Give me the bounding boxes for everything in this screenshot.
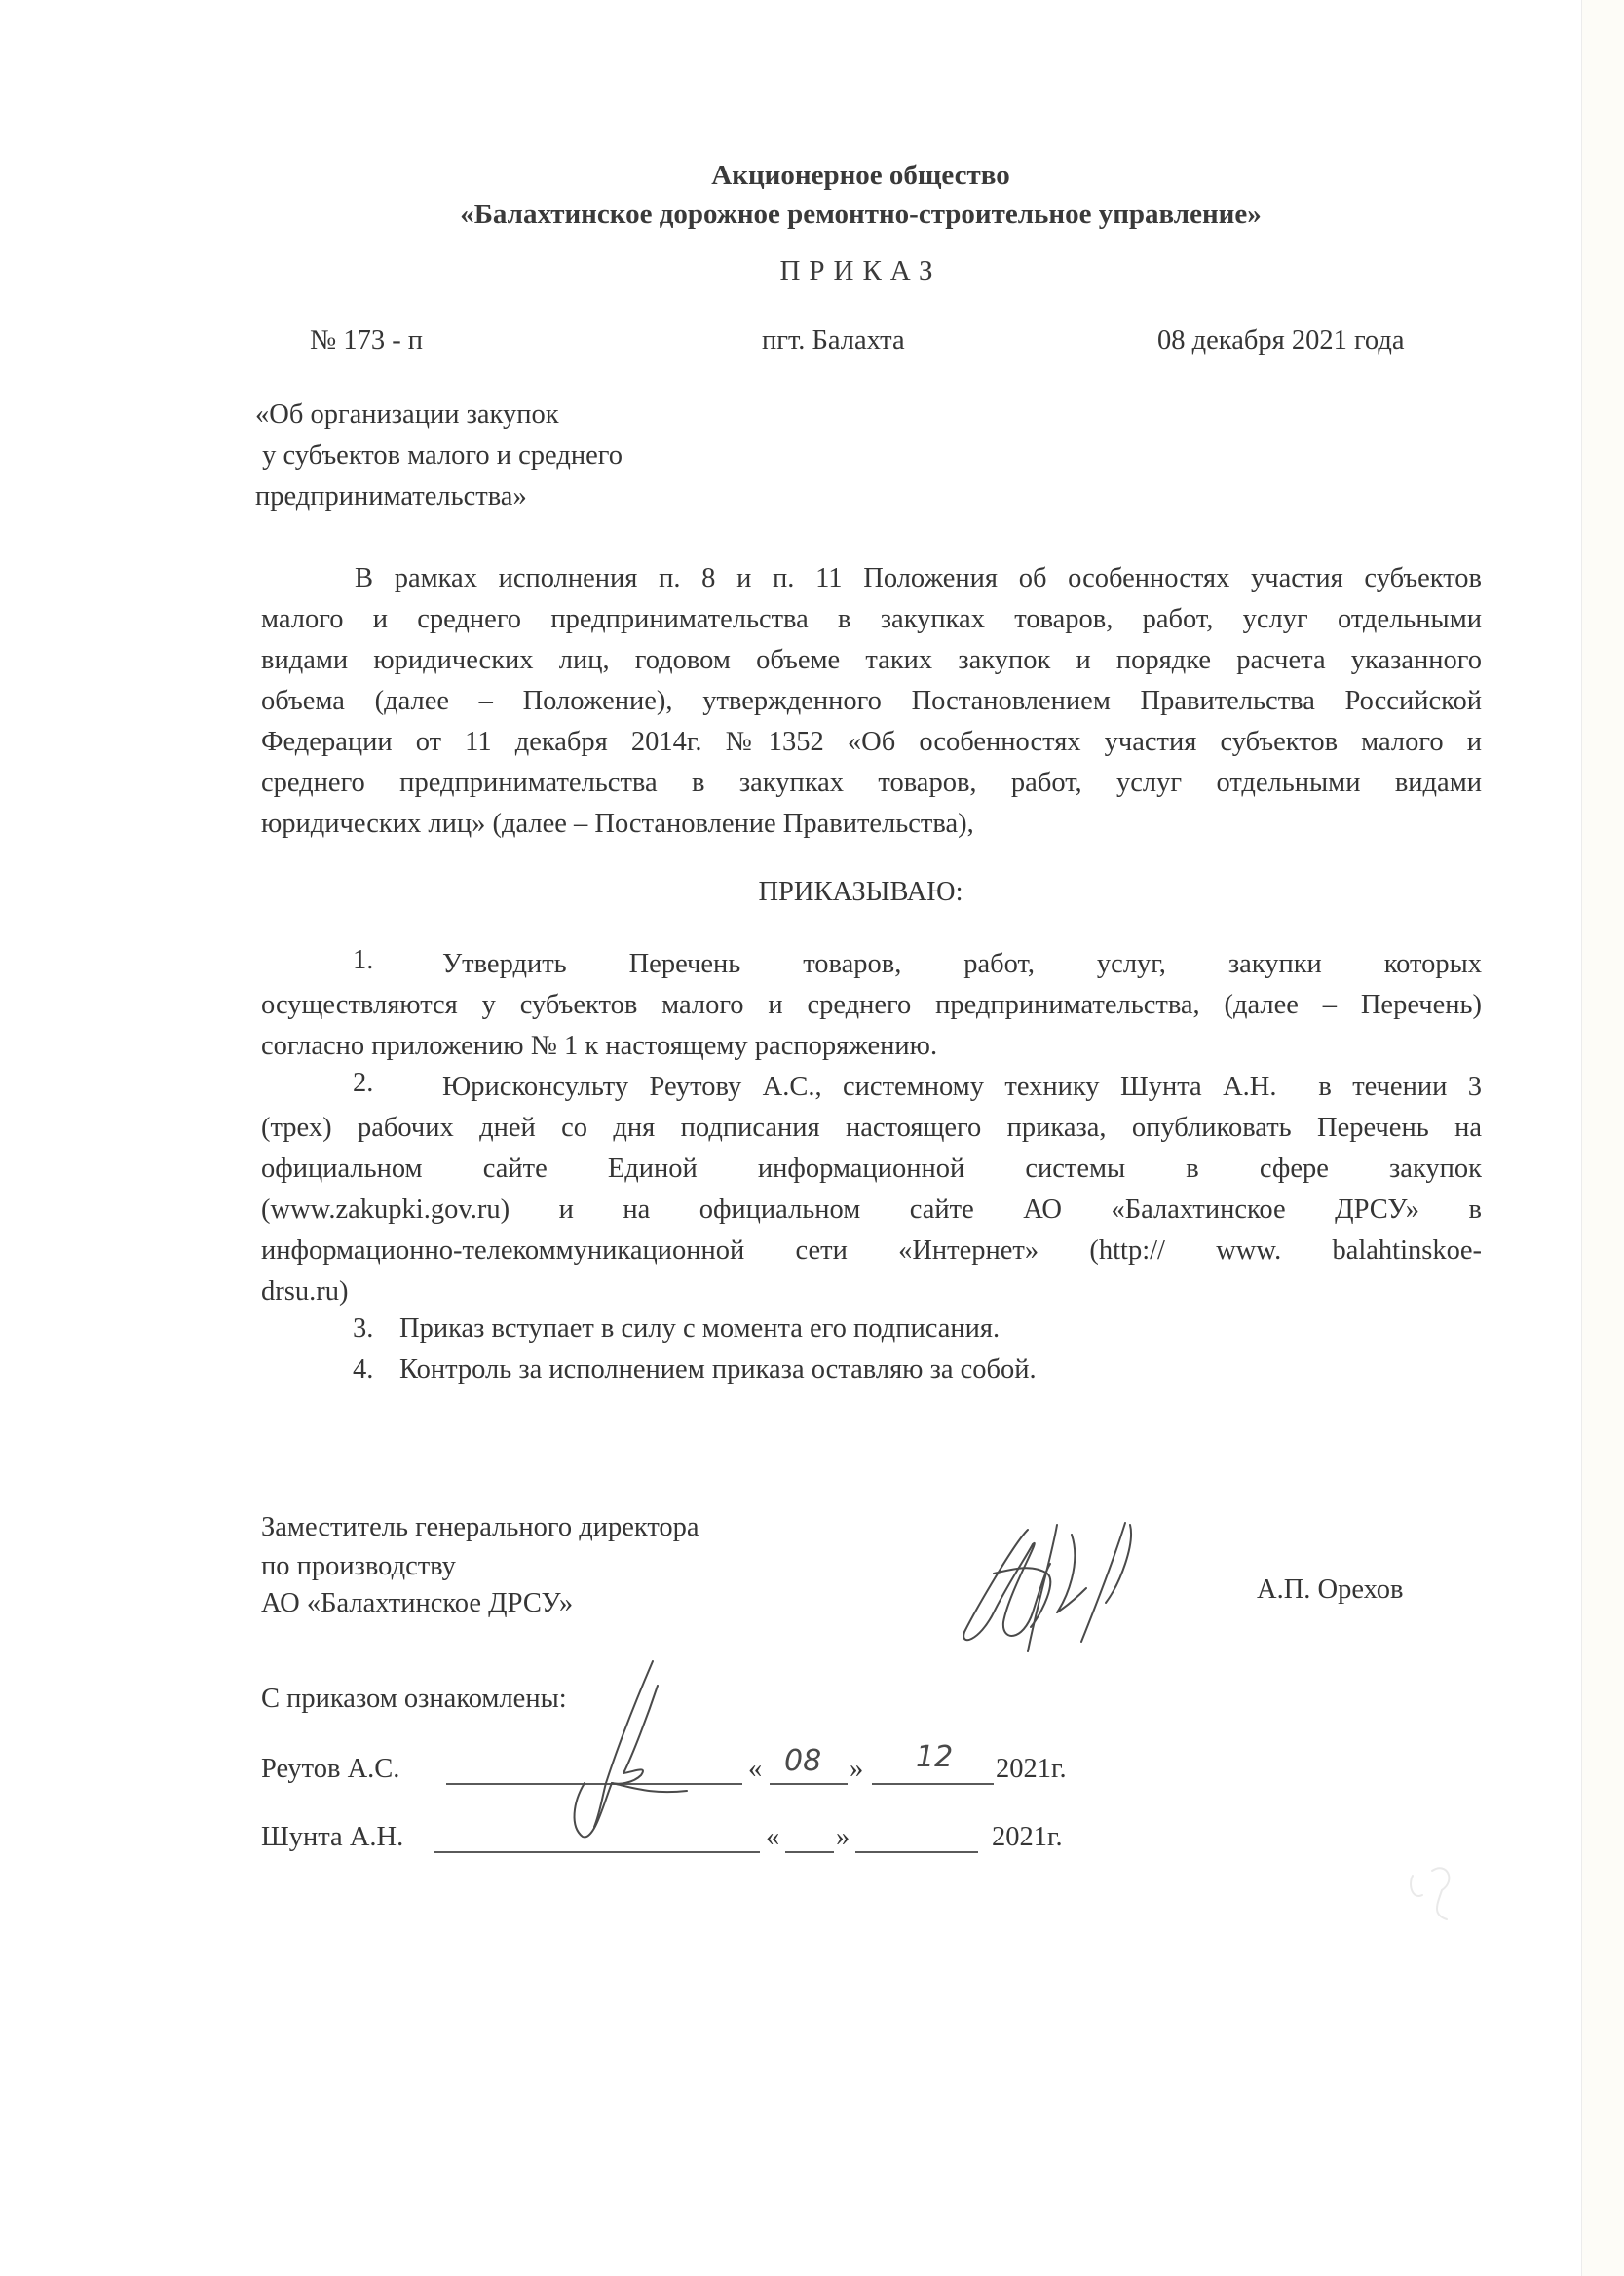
item-line: официальном сайте Единой информационной …: [261, 1150, 1482, 1189]
signature-line: [434, 1851, 760, 1853]
handwritten-day: 08: [784, 1744, 821, 1778]
item-number: 4.: [353, 1354, 373, 1385]
day-line: [770, 1783, 848, 1785]
order-place: пгт. Балахта: [762, 325, 905, 357]
director-signature: [935, 1505, 1227, 1661]
item-line: согласно приложению № 1 к настоящему рас…: [261, 1027, 1482, 1066]
org-name-line1: Акционерное общество: [0, 156, 1624, 195]
item-line: (www.zakupki.gov.ru) и на официальном са…: [261, 1191, 1482, 1230]
acknowledger-name: Реутов А.С.: [261, 1754, 399, 1785]
bleed-through-mark: [1403, 1856, 1471, 1934]
item-line: информационно-телекоммуникационной сети …: [261, 1232, 1482, 1271]
scan-margin: [1582, 0, 1624, 2276]
acknowledgement-label: С приказом ознакомлены:: [261, 1684, 567, 1715]
document-title: ПРИКАЗ: [0, 255, 1624, 287]
acknowledger-name: Шунта А.Н.: [261, 1822, 403, 1853]
item-line: drsu.ru): [261, 1272, 1482, 1311]
order-number: № 173 - п: [310, 325, 423, 357]
subject-line: предпринимательства»: [255, 481, 527, 512]
year: 2021г.: [992, 1822, 1063, 1853]
date-quote-open: «: [766, 1822, 779, 1853]
item-number: 1.: [353, 945, 373, 976]
item-line: Утвердить Перечень товаров, работ, услуг…: [442, 945, 1482, 984]
signatory-position: Заместитель генерального директора: [261, 1512, 699, 1543]
preamble-line: малого и среднего предпринимательства в …: [261, 600, 1482, 639]
year: 2021г.: [996, 1754, 1067, 1785]
item-line: Юрисконсульту Реутову А.С., системному т…: [442, 1068, 1482, 1107]
preamble-line: объема (далее – Положение), утвержденног…: [261, 682, 1482, 721]
order-date: 08 декабря 2021 года: [1157, 325, 1405, 357]
handwritten-month: 12: [916, 1740, 953, 1774]
page-edge: [1581, 0, 1582, 2276]
date-quote-close: »: [850, 1754, 863, 1785]
month-line: [855, 1851, 978, 1853]
preamble-line: юридических лиц» (далее – Постановление …: [261, 805, 1482, 844]
signatory-organization: АО «Балахтинское ДРСУ»: [261, 1588, 573, 1619]
signatory-position: по производству: [261, 1551, 456, 1582]
org-name-line2: «Балахтинское дорожное ремонтно-строител…: [0, 195, 1624, 234]
date-quote-close: »: [836, 1822, 850, 1853]
item-line: Приказ вступает в силу с момента его под…: [399, 1313, 1000, 1345]
order-word: ПРИКАЗЫВАЮ:: [0, 877, 1624, 908]
date-quote-open: «: [748, 1754, 762, 1785]
subject-line: «Об организации закупок: [255, 399, 559, 431]
preamble-line: видами юридических лиц, годовом объеме т…: [261, 641, 1482, 680]
signatory-name: А.П. Орехов: [1257, 1574, 1404, 1606]
item-number: 2.: [353, 1068, 373, 1099]
acknowledger-signature: [526, 1656, 740, 1851]
item-line: Контроль за исполнением приказа оставляю…: [399, 1354, 1037, 1385]
item-number: 3.: [353, 1313, 373, 1345]
subject-line: у субъектов малого и среднего: [255, 440, 623, 472]
item-line: осуществляются у субъектов малого и сред…: [261, 986, 1482, 1025]
preamble-line: среднего предпринимательства в закупках …: [261, 764, 1482, 803]
day-line: [785, 1851, 834, 1853]
item-line: (трех) рабочих дней со дня подписания на…: [261, 1109, 1482, 1148]
month-line: [872, 1783, 994, 1785]
preamble-line: Федерации от 11 декабря 2014г. №1352 «Об…: [261, 723, 1482, 762]
preamble-line: В рамках исполнения п. 8 и п. 11 Положен…: [355, 559, 1482, 598]
